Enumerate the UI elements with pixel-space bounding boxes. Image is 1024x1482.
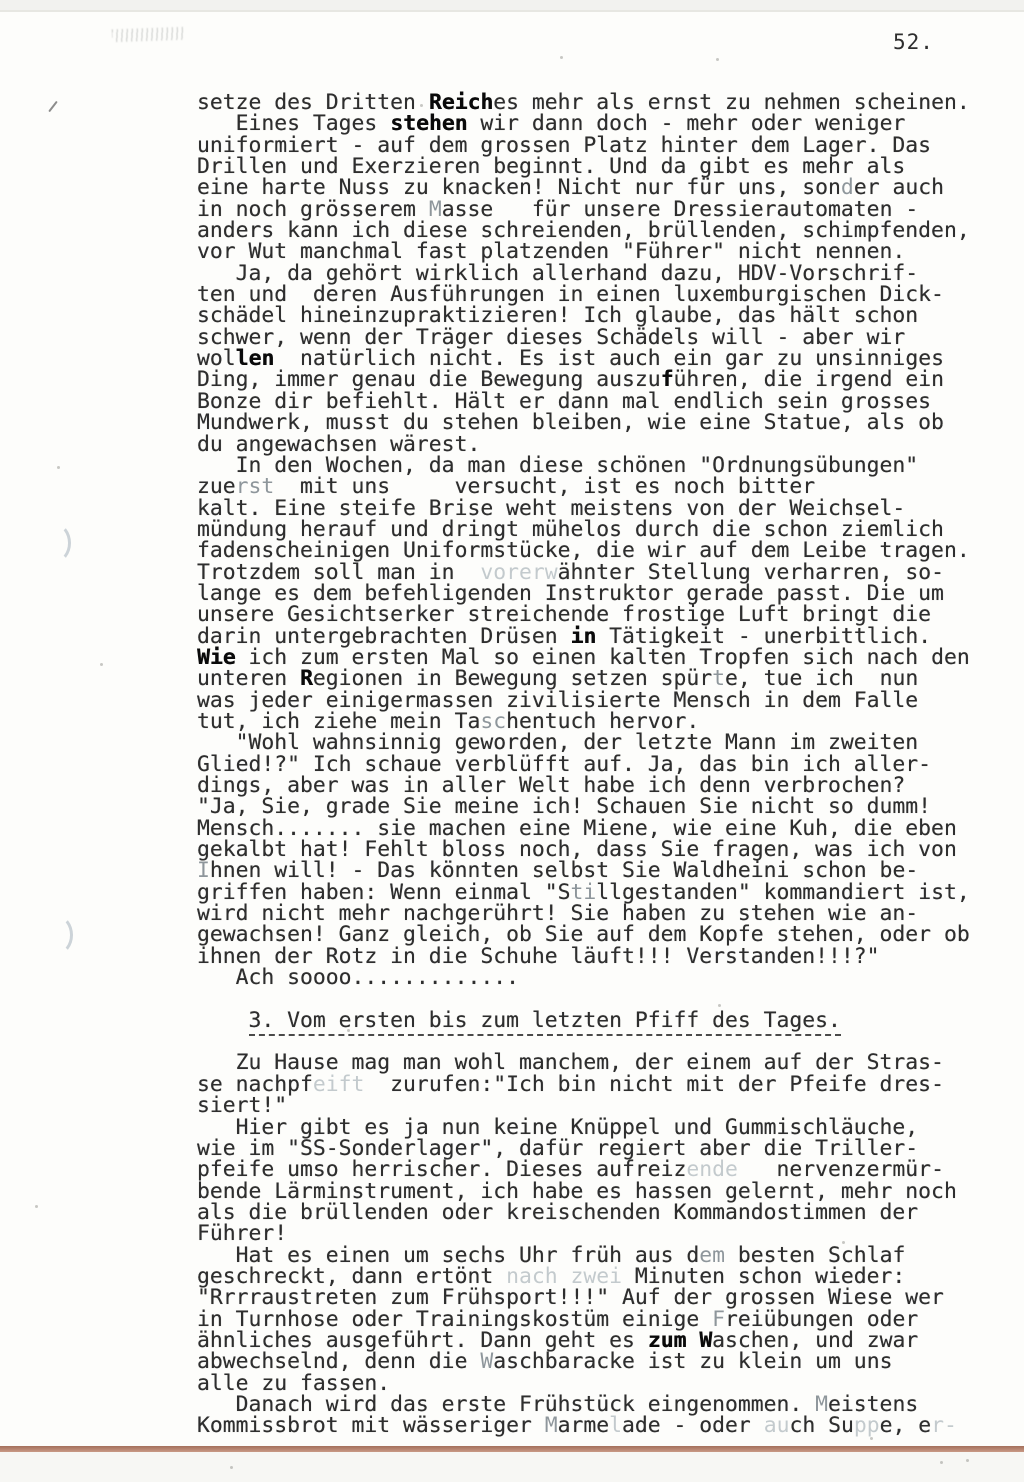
text-line: setze des Dritten Reiches mehr als ernst… bbox=[197, 92, 997, 113]
text-line: abwechselnd, denn die Waschbaracke ist z… bbox=[197, 1351, 997, 1372]
text-line: pfeife umso herrischer. Dieses aufreizen… bbox=[197, 1159, 997, 1180]
text-line: gekalbt hat! Fehlt bloss noch, dass Sie … bbox=[197, 839, 997, 860]
text-line: kalt. Eine steife Brise weht meistens vo… bbox=[197, 498, 997, 519]
text-line: "Wohl wahnsinnig geworden, der letzte Ma… bbox=[197, 732, 997, 753]
text-line: Ja, da gehört wirklich allerhand dazu, H… bbox=[197, 263, 997, 284]
text-segment: als die brüllenden oder kreischenden Kom… bbox=[197, 1200, 918, 1225]
text-line: dings, aber was in aller Welt habe ich d… bbox=[197, 775, 997, 796]
text-segment: Kommissbrot mit wässeriger bbox=[197, 1413, 545, 1438]
text-segment: l bbox=[609, 1413, 622, 1438]
text-line: darin untergebrachten Drüsen in Tätigkei… bbox=[197, 626, 997, 647]
text-line: zuerst mit uns versucht, ist es noch bit… bbox=[197, 476, 997, 497]
dust-speck bbox=[716, 58, 719, 61]
text-line: 3. Vom ersten bis zum letzten Pfiff des … bbox=[197, 1010, 997, 1031]
text-line: Hat es einen um sechs Uhr früh aus dem b… bbox=[197, 1245, 997, 1266]
scanned-page: { "artifacts": { "divider_color_top": "#… bbox=[0, 0, 1024, 1482]
dust-speck bbox=[230, 1466, 233, 1469]
punch-hole-mark bbox=[41, 915, 73, 955]
dust-speck bbox=[100, 663, 103, 666]
text-line: Bonze dir befiehlt. Hält er dann mal end… bbox=[197, 391, 997, 412]
text-line: in noch grösserem Masse für unsere Dress… bbox=[197, 199, 997, 220]
text-line: gewachsen! Ganz gleich, ob Sie auf dem K… bbox=[197, 924, 997, 945]
dust-speck bbox=[940, 1461, 943, 1464]
pencil-smudge-mark bbox=[112, 27, 186, 43]
text-line: "Ja, Sie, grade Sie meine ich! Schauen S… bbox=[197, 796, 997, 817]
dust-speck bbox=[718, 1004, 721, 1007]
text-line: se nachpfeift zurufen:"Ich bin nicht mit… bbox=[197, 1074, 997, 1095]
text-line: wollen natürlich nicht. Es ist auch ein … bbox=[197, 348, 997, 369]
text-line: als die brüllenden oder kreischenden Kom… bbox=[197, 1202, 997, 1223]
text-line: wird nicht mehr nachgerührt! Sie haben z… bbox=[197, 903, 997, 924]
text-segment: Ach soooo............. bbox=[197, 965, 519, 990]
text-line: siert!" bbox=[197, 1095, 997, 1116]
text-line: Mundwerk, musst du stehen bleiben, wie e… bbox=[197, 412, 997, 433]
text-segment: ch Su bbox=[789, 1413, 853, 1438]
text-segment: r- bbox=[931, 1413, 957, 1438]
text-line: schwer, wenn der Träger dieses Schädels … bbox=[197, 327, 997, 348]
typewritten-text: setze des Dritten Reiches mehr als ernst… bbox=[197, 92, 997, 1437]
text-line: ten und deren Ausführungen in einen luxe… bbox=[197, 284, 997, 305]
text-line: Ach soooo............. bbox=[197, 967, 997, 988]
page-number: 52. bbox=[893, 30, 934, 54]
pen-tick-mark bbox=[48, 101, 58, 112]
dust-speck bbox=[57, 466, 60, 469]
scan-top-strip bbox=[0, 0, 1024, 10]
scan-top-edge-line bbox=[0, 10, 1024, 12]
text-segment: W bbox=[480, 1349, 493, 1374]
text-line: griffen haben: Wenn einmal "Stillgestand… bbox=[197, 882, 997, 903]
text-line bbox=[197, 988, 997, 1009]
dust-speck bbox=[560, 56, 563, 59]
text-line: du angewachsen wärest. bbox=[197, 434, 997, 455]
text-line: geschreckt, dann ertönt nach zwei Minute… bbox=[197, 1266, 997, 1287]
text-line: alle zu fassen. bbox=[197, 1373, 997, 1394]
text-line: Wie ich zum ersten Mal so einen kalten T… bbox=[197, 647, 997, 668]
text-line: Glied!?" Ich schaue verblüfft auf. Ja, d… bbox=[197, 754, 997, 775]
text-line: uniformiert - auf dem grossen Platz hint… bbox=[197, 135, 997, 156]
text-line: Drillen und Exerzieren beginnt. Und da g… bbox=[197, 156, 997, 177]
text-line: in Turnhose oder Trainingskostüm einige … bbox=[197, 1309, 997, 1330]
section-heading: 3. Vom ersten bis zum letzten Pfiff des … bbox=[249, 1008, 841, 1036]
text-line: wie im "SS-Sonderlager", dafür regiert a… bbox=[197, 1138, 997, 1159]
text-line: Hier gibt es ja nun keine Knüppel und Gu… bbox=[197, 1117, 997, 1138]
text-line: In den Wochen, da man diese schönen "Ord… bbox=[197, 455, 997, 476]
text-line: eine harte Nuss zu knacken! Nicht nur fü… bbox=[197, 177, 997, 198]
text-line: ähnliches ausgeführt. Dann geht es zum W… bbox=[197, 1330, 997, 1351]
dust-speck bbox=[35, 1205, 38, 1208]
dust-speck bbox=[870, 1437, 873, 1440]
text-line: Zu Hause mag man wohl manchem, der einem… bbox=[197, 1052, 997, 1073]
text-line: fadenscheinigen Uniformstücke, die wir a… bbox=[197, 540, 997, 561]
text-line: Eines Tages stehen wir dann doch - mehr … bbox=[197, 113, 997, 134]
text-line: Danach wird das erste Frühstück eingenom… bbox=[197, 1394, 997, 1415]
text-segment: zurufen:"Ich bin nicht mit der Pfeife dr… bbox=[364, 1072, 944, 1097]
text-segment: ade - oder bbox=[622, 1413, 764, 1438]
text-segment: eift bbox=[313, 1072, 365, 1097]
text-line: vor Wut manchmal fast platzenden "Führer… bbox=[197, 241, 997, 262]
text-segment: pp bbox=[854, 1413, 880, 1438]
text-line: Mensch....... sie machen eine Miene, wie… bbox=[197, 818, 997, 839]
text-line: "Rrrraustreten zum Frühsport!!!" Auf der… bbox=[197, 1287, 997, 1308]
text-line: Trotzdem soll man in vorerwähnter Stellu… bbox=[197, 562, 997, 583]
text-segment: M bbox=[545, 1413, 558, 1438]
text-segment: e, e bbox=[880, 1413, 932, 1438]
text-segment: arme bbox=[558, 1413, 610, 1438]
text-line: schädel hineinzupraktizieren! Ich glaube… bbox=[197, 305, 997, 326]
dust-speck bbox=[420, 104, 423, 107]
text-line: mündung herauf und dringt mühelos durch … bbox=[197, 519, 997, 540]
text-line: ihnen der Rotz in die Schuhe läuft!!! Ve… bbox=[197, 946, 997, 967]
text-segment bbox=[197, 1008, 249, 1033]
text-line: anders kann ich diese schreienden, brüll… bbox=[197, 220, 997, 241]
text-line: lange es dem befehligenden Instruktor ge… bbox=[197, 583, 997, 604]
text-line: unsere Gesichtserker streichende frostig… bbox=[197, 604, 997, 625]
scan-bottom-strip bbox=[0, 1452, 1024, 1482]
text-line: tut, ich ziehe mein Taschentuch hervor. bbox=[197, 711, 997, 732]
text-line: Ding, immer genau die Bewegung auszuführ… bbox=[197, 369, 997, 390]
text-line: Führer! bbox=[197, 1223, 997, 1244]
text-line: Kommissbrot mit wässeriger Marmelade - o… bbox=[197, 1415, 997, 1436]
text-line: was jeder einigermassen zivilisierte Men… bbox=[197, 690, 997, 711]
text-segment: aschbaracke ist zu klein um uns bbox=[493, 1349, 892, 1374]
text-segment: au bbox=[764, 1413, 790, 1438]
text-line: unteren Regionen in Bewegung setzen spür… bbox=[197, 668, 997, 689]
text-line: Ihnen will! - Das könnten selbst Sie Wal… bbox=[197, 860, 997, 881]
dust-speck bbox=[347, 1029, 350, 1032]
text-line: bende Lärminstrument, ich habe es hassen… bbox=[197, 1181, 997, 1202]
dust-speck bbox=[966, 1459, 969, 1462]
dust-speck bbox=[842, 1241, 845, 1244]
punch-hole-mark bbox=[39, 523, 71, 563]
